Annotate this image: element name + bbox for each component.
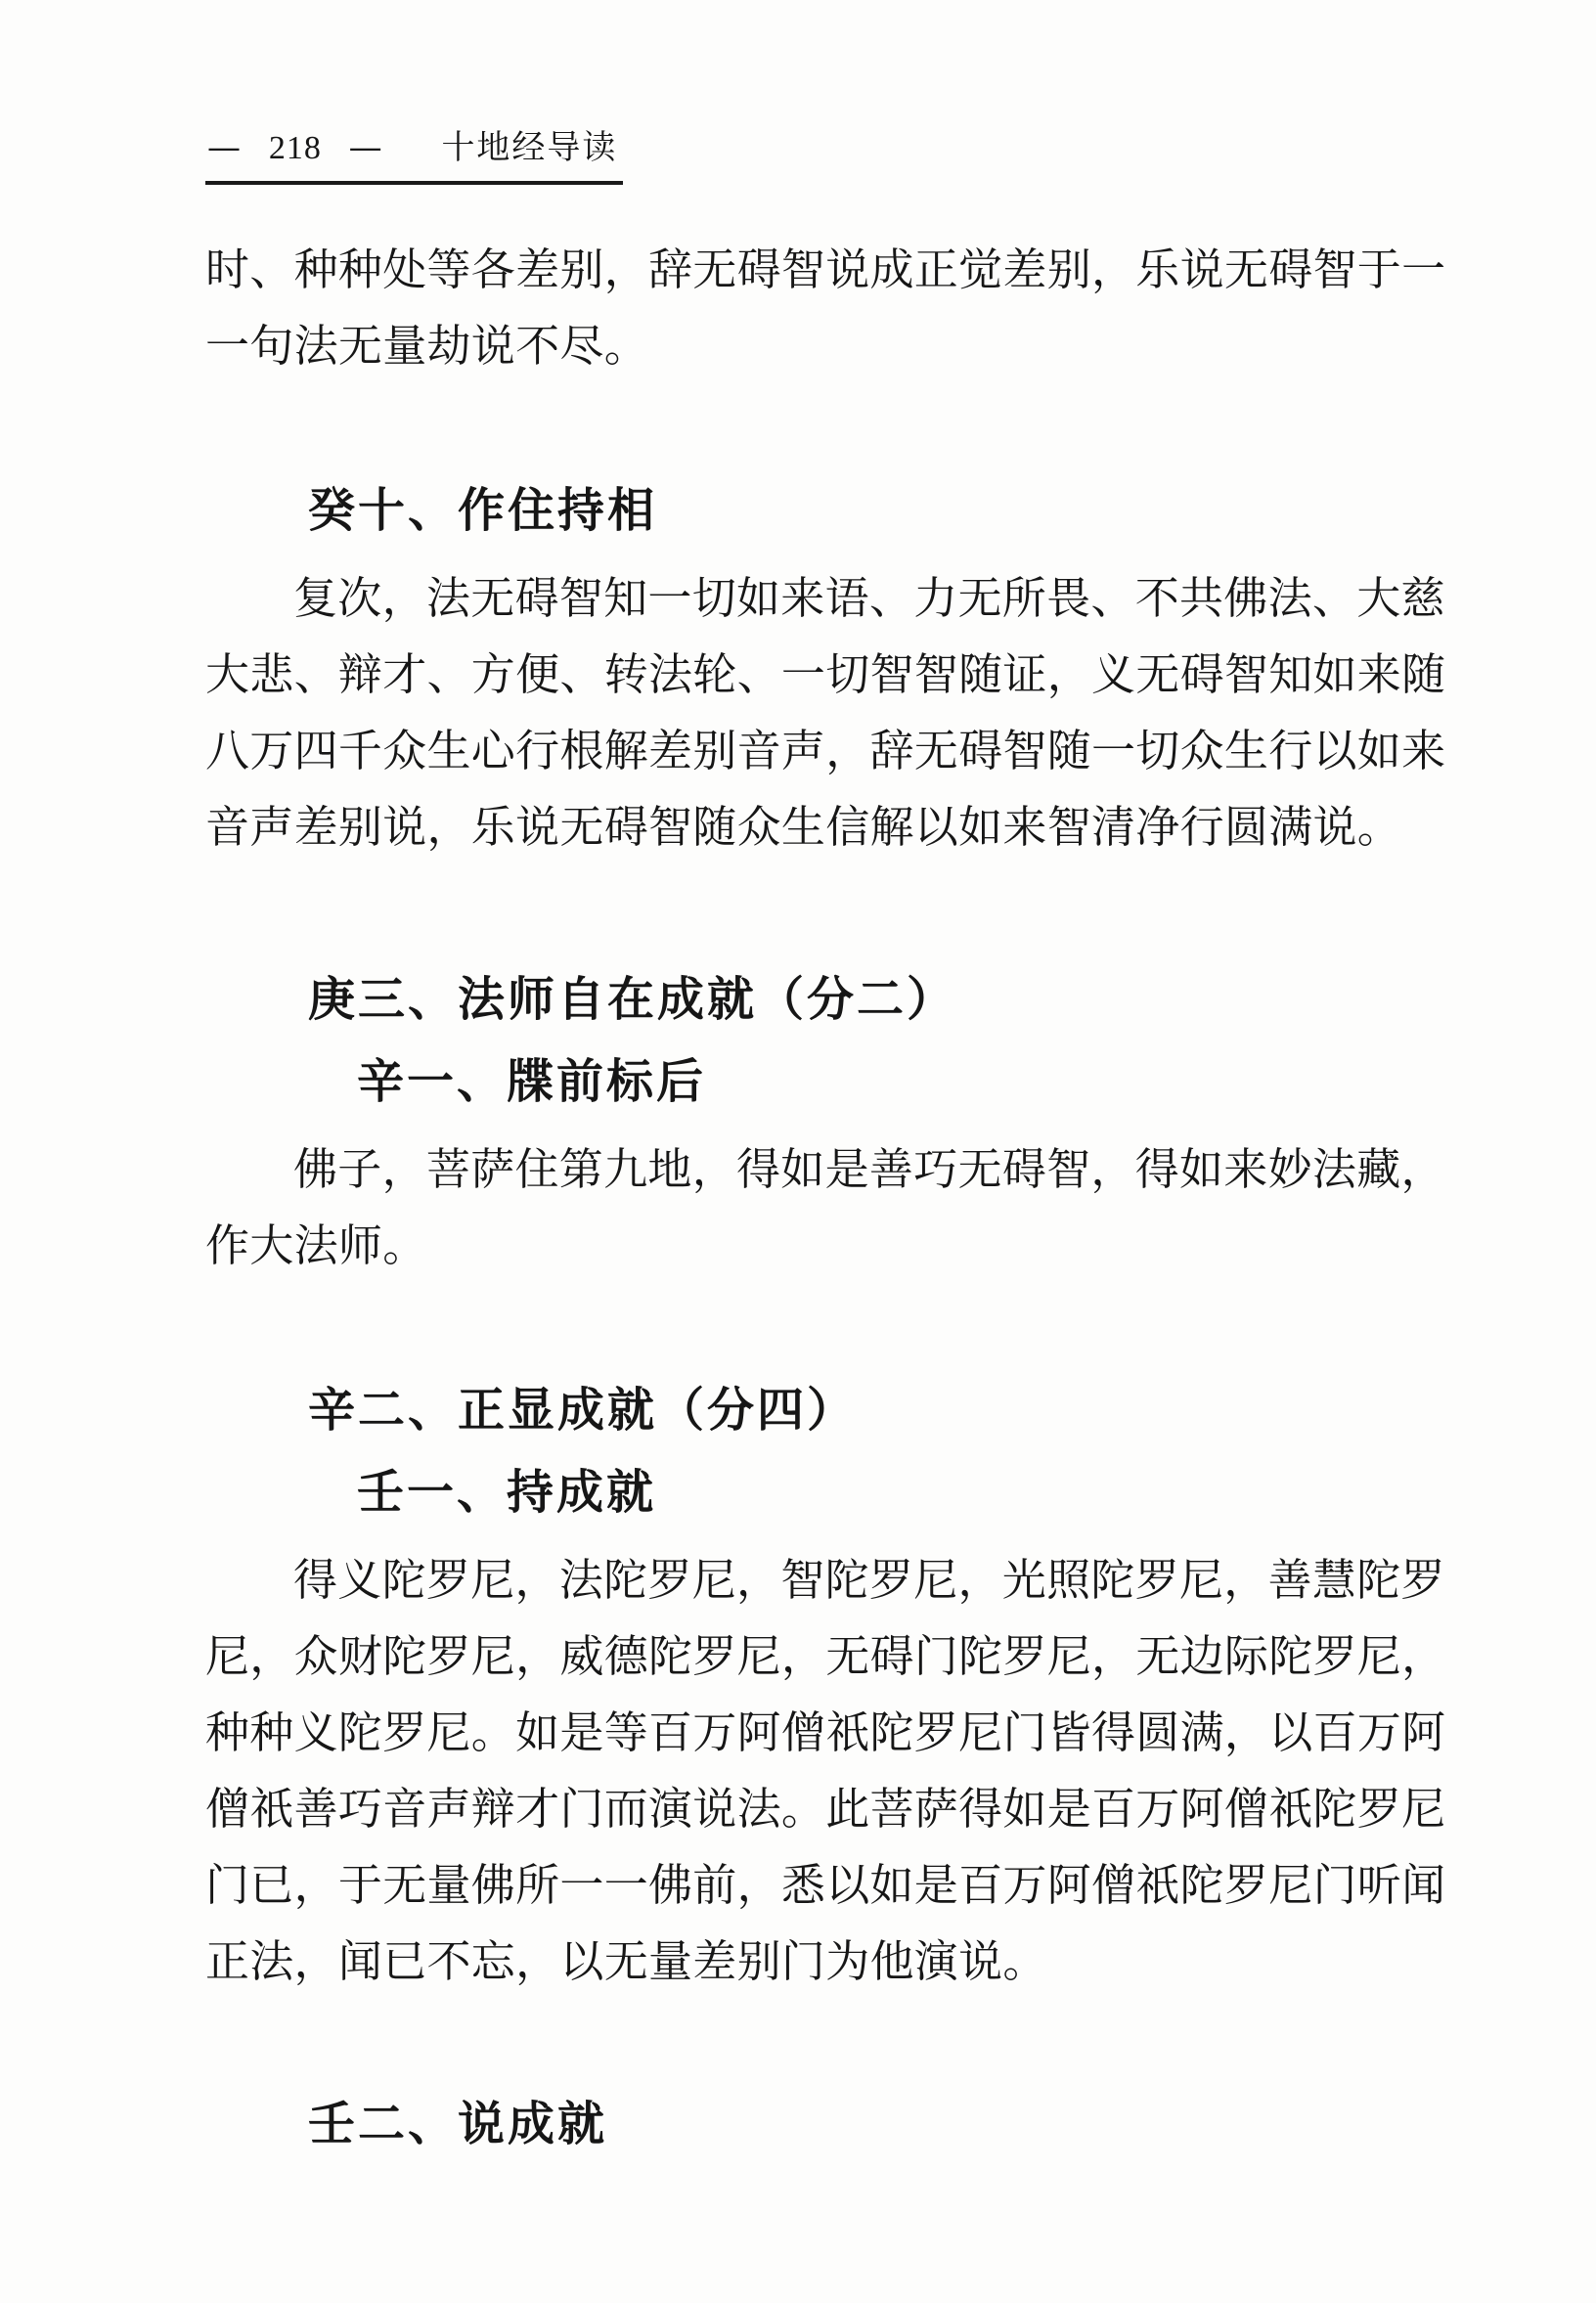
body-text-line: 门已，于无量佛所一一佛前，悉以如是百万阿僧祇陀罗尼门听闻 [205, 1847, 1447, 1924]
section-heading-ren-one: 壬一、持成就 [205, 1454, 1447, 1530]
paragraph: 佛子，菩萨住第九地，得如是善巧无碍智，得如来妙法藏， 作大法师。 [205, 1131, 1447, 1284]
book-title: 十地经导读 [441, 125, 617, 170]
section-heading-ren-two: 壬二、说成就 [205, 2086, 1447, 2162]
body-text-line: 尼，众财陀罗尼，威德陀罗尼，无碍门陀罗尼，无边际陀罗尼， [205, 1618, 1447, 1695]
body-text-line: 作大法师。 [205, 1208, 1447, 1284]
body-text-line: 得义陀罗尼，法陀罗尼，智陀罗尼，光照陀罗尼，善慧陀罗 [205, 1542, 1447, 1618]
body-text-line: 时、种种处等各差别，辞无碍智说成正觉差别，乐说无碍智于一 [205, 232, 1447, 308]
section-heading-xin-one: 辛一、牒前标后 [205, 1043, 1447, 1120]
page-number-dash-left: — [207, 125, 242, 170]
section-heading-gui-ten: 癸十、作住持相 [205, 472, 1447, 549]
body-text-line: 大悲、辩才、方便、转法轮、一切智智随证，义无碍智知如来随 [205, 637, 1447, 713]
page-number-dash-right: — [349, 125, 383, 170]
body-text-line: 正法，闻已不忘，以无量差别门为他演说。 [205, 1924, 1447, 2000]
section-heading-geng-three: 庚三、法师自在成就（分二） [205, 961, 1447, 1038]
page-number: 218 [269, 126, 322, 171]
page-header: — 218 — 十地经导读 [205, 125, 623, 185]
body-text-line: 一句法无量劫说不尽。 [205, 308, 1447, 384]
paragraph: 复次，法无碍智知一切如来语、力无所畏、不共佛法、大慈 大悲、辩才、方便、转法轮、… [205, 560, 1447, 865]
body-text-line: 种种义陀罗尼。如是等百万阿僧祇陀罗尼门皆得圆满，以百万阿 [205, 1695, 1447, 1771]
paragraph-continuation: 时、种种处等各差别，辞无碍智说成正觉差别，乐说无碍智于一 一句法无量劫说不尽。 [205, 232, 1447, 384]
body-text-line: 复次，法无碍智知一切如来语、力无所畏、不共佛法、大慈 [205, 560, 1447, 637]
section-heading-xin-two: 辛二、正显成就（分四） [205, 1372, 1447, 1448]
body-text-line: 僧祇善巧音声辩才门而演说法。此菩萨得如是百万阿僧祇陀罗尼 [205, 1771, 1447, 1847]
paragraph: 得义陀罗尼，法陀罗尼，智陀罗尼，光照陀罗尼，善慧陀罗 尼，众财陀罗尼，威德陀罗尼… [205, 1542, 1447, 2000]
body-text-line: 佛子，菩萨住第九地，得如是善巧无碍智，得如来妙法藏， [205, 1131, 1447, 1208]
page-content: — 218 — 十地经导读 时、种种处等各差别，辞无碍智说成正觉差别，乐说无碍智… [205, 0, 1447, 2162]
body-text-line: 八万四千众生心行根解差别音声，辞无碍智随一切众生行以如来 [205, 713, 1447, 789]
book-page: — 218 — 十地经导读 时、种种处等各差别，辞无碍智说成正觉差别，乐说无碍智… [0, 0, 1596, 2303]
body-text-line: 音声差别说，乐说无碍智随众生信解以如来智清净行圆满说。 [205, 789, 1447, 865]
